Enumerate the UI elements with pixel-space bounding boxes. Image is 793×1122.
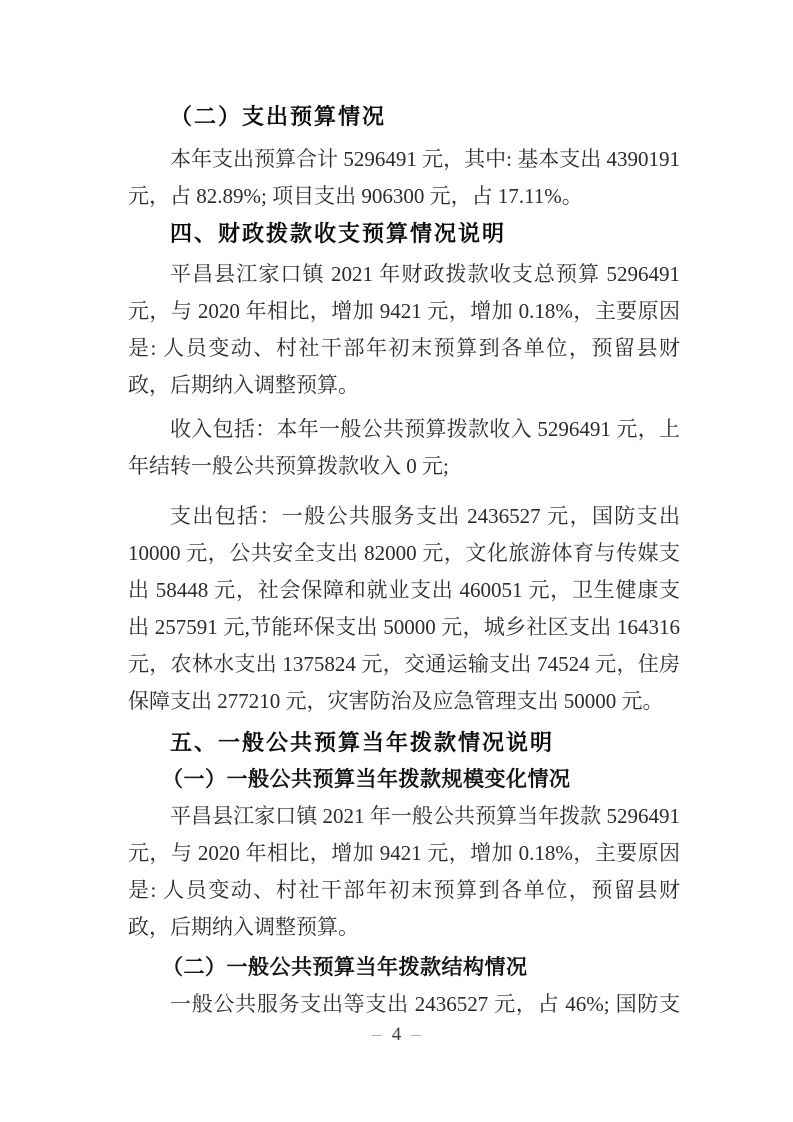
para-allocation-structure: 一般公共服务支出等支出 2436527 元，占 46%; 国防支 xyxy=(128,986,680,1023)
subheading-allocation-scale-change: （一）一般公共预算当年拨款规模变化情况 xyxy=(128,761,680,798)
para-expenditure-summary: 本年支出预算合计 5296491 元，其中: 基本支出 4390191 元，占 … xyxy=(128,141,680,215)
para-fiscal-appropriation-total: 平昌县江家口镇 2021 年财政拨款收支总预算 5296491 元，与 2020… xyxy=(128,256,680,404)
document-content: （二）支出预算情况 本年支出预算合计 5296491 元，其中: 基本支出 43… xyxy=(128,98,680,1023)
para-revenue-includes: 收入包括：本年一般公共预算拨款收入 5296491 元，上年结转一般公共预算拨款… xyxy=(128,411,680,485)
page-footer: –4– xyxy=(0,1022,793,1048)
subheading-allocation-structure: （二）一般公共预算当年拨款结构情况 xyxy=(128,949,680,986)
para-expenditure-includes: 支出包括：一般公共服务支出 2436527 元，国防支出 10000 元，公共安… xyxy=(128,498,680,720)
footer-left-dash: – xyxy=(362,1024,392,1045)
para-allocation-scale-change: 平昌县江家口镇 2021 年一般公共预算当年拨款 5296491 元，与 202… xyxy=(128,798,680,946)
section-heading-fiscal-appropriation: 四、财政拨款收支预算情况说明 xyxy=(128,215,680,252)
footer-right-dash: – xyxy=(401,1024,431,1045)
page-number: 4 xyxy=(392,1024,402,1045)
section-heading-expenditure-budget: （二）支出预算情况 xyxy=(128,98,680,135)
section-heading-general-public-budget: 五、一般公共预算当年拨款情况说明 xyxy=(128,724,680,761)
document-page: （二）支出预算情况 本年支出预算合计 5296491 元，其中: 基本支出 43… xyxy=(0,0,793,1122)
